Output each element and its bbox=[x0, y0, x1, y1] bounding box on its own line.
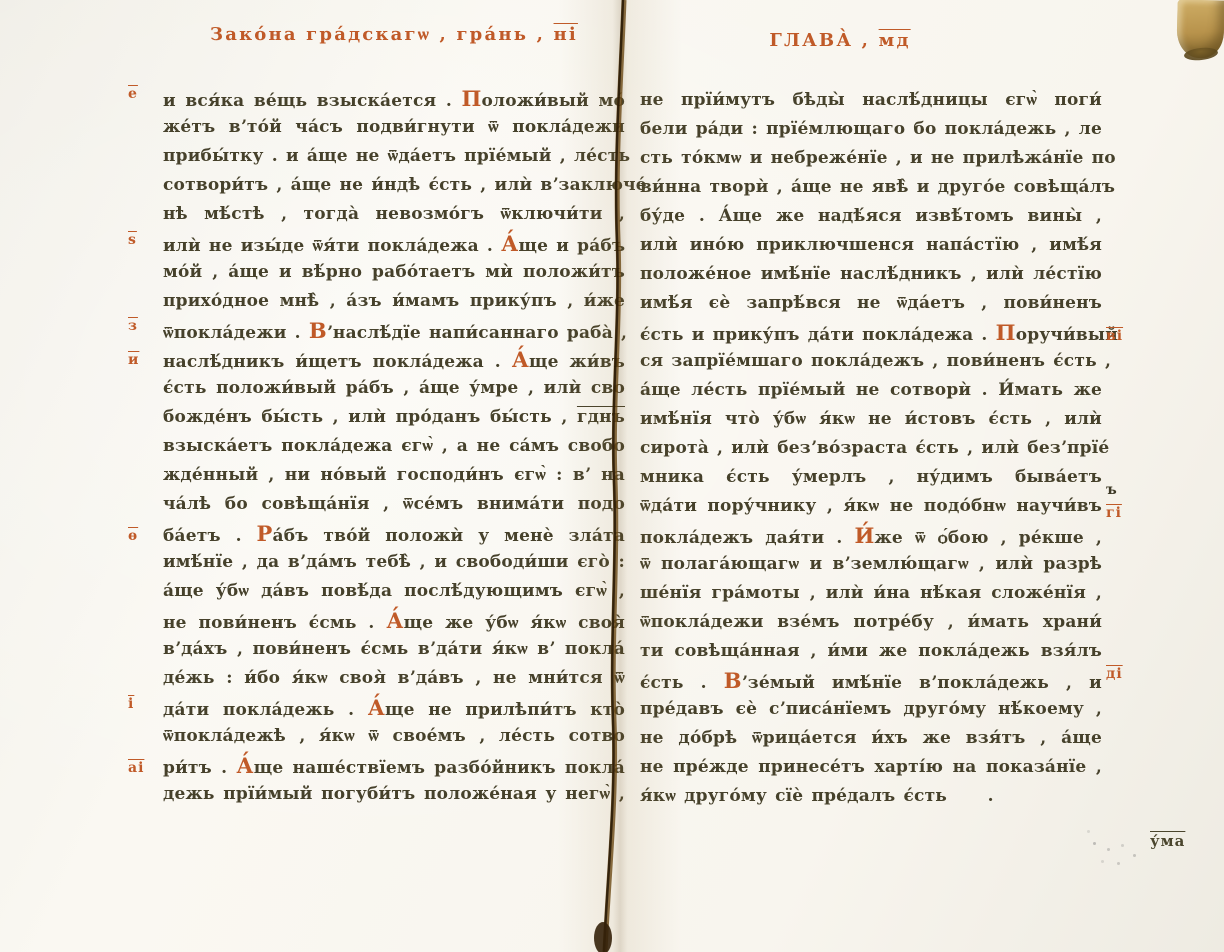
text-segment: бели ра́ди : прїе́млющаго бо покла́дежь … bbox=[640, 119, 1102, 139]
text-segment: дежь прїи́мый погуби́тъ положе́ная у нег… bbox=[163, 784, 625, 804]
margin-article-number: ѳ bbox=[128, 528, 138, 544]
margin-article-number: е bbox=[128, 86, 138, 102]
text-segment: мо́й , а́ще и вѣ́рно рабо́таетъ мѝ полож… bbox=[163, 262, 625, 282]
rubricated-initial: А́ bbox=[236, 753, 253, 778]
text-line: мо́й , а́ще и вѣ́рно рабо́таетъ мѝ полож… bbox=[163, 258, 625, 287]
text-segment: ше́нїя гра́моты , илѝ и́на нѣ́кая сложе́… bbox=[640, 583, 1102, 603]
running-title-left: Зако́на гра́дскагѡ , гра́нь , ні bbox=[165, 24, 623, 45]
text-line: божде́нъ бы́сть , илѝ про́данъ бы́сть , … bbox=[163, 403, 625, 432]
text-segment: ʼзе́мый имѣ́нїе вʼпокла́дежь , и bbox=[742, 673, 1102, 693]
text-line: мника є́сть у́мерлъ , ну́димъ быва́етъ bbox=[640, 463, 1102, 492]
text-segment: оручи́вый bbox=[1016, 325, 1118, 345]
text-line: дежь прїи́мый погуби́тъ положе́ная у нег… bbox=[163, 780, 625, 809]
text-line: а́ще ле́сть прїе́мый не сотворѝ . И́мать… bbox=[640, 376, 1102, 405]
text-segment: вʼда́хъ , пови́ненъ є́смь вʼда́ти я́кѡ в… bbox=[163, 639, 625, 659]
text-segment: ѿпокла́дежѣ , я́кѡ ѿ свое́мъ , ле́сть со… bbox=[163, 726, 625, 746]
margin-article-number: і bbox=[128, 696, 134, 712]
text-line: ѿ полага́ющагѡ и вʼземлю́щагѡ , илѝ разр… bbox=[640, 550, 1102, 579]
text-segment: ри́тъ . bbox=[163, 758, 236, 778]
text-segment: ѿ полага́ющагѡ и вʼземлю́щагѡ , илѝ разр… bbox=[640, 554, 1102, 574]
text-segment: а́ще у́бѡ да́въ повѣ́да послѣ́дующимъ єг… bbox=[163, 581, 625, 601]
text-segment: илѝ ино́ю приключшенся напа́стїю , имѣ́я bbox=[640, 235, 1102, 255]
text-line: є́сть положи́вый ра́бъ , а́ще у́мре , ил… bbox=[163, 374, 625, 403]
text-line: ти совѣща́нная , и́ми же покла́дежь взя́… bbox=[640, 637, 1102, 666]
text-segment: не прїи́мутъ бѣды̀ наслѣ́дницы єгѡ̀ поги… bbox=[640, 90, 1102, 110]
text-segment: прихо́дное мнѣ̀ , а́зъ и́мамъ прику́пъ ,… bbox=[163, 291, 625, 311]
text-line: прихо́дное мнѣ̀ , а́зъ и́мамъ прику́пъ ,… bbox=[163, 287, 625, 316]
text-line: ви́нна творѝ , а́ще не явѣ̀ и друго́е со… bbox=[640, 173, 1102, 202]
rubricated-initial: А́ bbox=[501, 231, 518, 256]
text-segment: и вся́ка ве́щь взыска́ется . bbox=[163, 91, 461, 111]
margin-article-number: гі bbox=[1106, 505, 1122, 521]
ink-mark: ъ bbox=[1106, 482, 1118, 498]
text-line: ѿпокла́дежи взе́мъ потре́бу , и́мать хра… bbox=[640, 608, 1102, 637]
text-segment: є́сть положи́вый ра́бъ , а́ще у́мре , ил… bbox=[163, 378, 625, 398]
text-segment: имѣ́нїя что̀ у́бѡ я́кѡ не и́стовъ є́сть … bbox=[640, 409, 1102, 429]
text-line: сотвори́тъ , а́ще не и́ндѣ є́сть , илѝ в… bbox=[163, 171, 625, 200]
text-line: ча́лѣ бо совѣща́нїя , ѿсе́мъ внима́ти по… bbox=[163, 490, 625, 519]
running-title-right-text: ГЛАВА̀ , bbox=[769, 30, 878, 51]
binding-gutter bbox=[585, 0, 655, 952]
text-segment: пре́давъ єѐ сʼписа́нїемъ друго́му нѣ́кое… bbox=[640, 699, 1102, 719]
margin-article-number: и bbox=[128, 352, 139, 368]
text-line: не прїи́мутъ бѣды̀ наслѣ́дницы єгѡ̀ поги… bbox=[640, 86, 1102, 115]
running-title-right-number: мд bbox=[879, 30, 911, 51]
text-line: бу́де . А́ще же надѣ́яся извѣ́томъ вины̀… bbox=[640, 202, 1102, 231]
text-segment: имѣ́нїе , да вʼда́мъ тебѣ̀ , и свободи́ш… bbox=[163, 552, 625, 572]
text-segment: ча́лѣ бо совѣща́нїя , ѿсе́мъ внима́ти по… bbox=[163, 494, 625, 514]
text-segment: ся запрїе́мшаго покла́дежъ , пови́ненъ є… bbox=[640, 351, 1111, 371]
rubricated-initial: П bbox=[996, 320, 1016, 345]
margin-article-number: з bbox=[128, 318, 138, 334]
text-segment: є́сть и прику́пъ да́ти покла́дежа . bbox=[640, 325, 996, 345]
text-line: имѣ́нїе , да вʼда́мъ тебѣ̀ , и свободи́ш… bbox=[163, 548, 625, 577]
rubricated-initial: Р bbox=[257, 521, 273, 546]
rubricated-initial: В bbox=[724, 668, 742, 693]
rubricated-initial: В bbox=[309, 318, 327, 343]
right-text-column: не прїи́мутъ бѣды̀ наслѣ́дницы єгѡ̀ поги… bbox=[640, 86, 1102, 811]
text-line: и вся́ка ве́щь взыска́ется . Положи́вый … bbox=[163, 84, 625, 113]
text-line: я́кѡ друго́му сїѐ пре́далъ є́сть . bbox=[640, 782, 1102, 811]
text-line: ри́тъ . А́ще наше́ствїемъ разбо́йникъ по… bbox=[163, 751, 625, 780]
text-segment: ѿпокла́дежи . bbox=[163, 323, 309, 343]
left-text-column: и вся́ка ве́щь взыска́ется . Положи́вый … bbox=[163, 84, 625, 809]
rubricated-initial: А́ bbox=[512, 347, 529, 372]
rubricated-initial: А́ bbox=[386, 608, 403, 633]
text-segment: бу́де . А́ще же надѣ́яся извѣ́томъ вины̀… bbox=[640, 206, 1102, 226]
text-line: бели ра́ди : прїе́млющаго бо покла́дежь … bbox=[640, 115, 1102, 144]
text-line: ся запрїе́мшаго покла́дежъ , пови́ненъ є… bbox=[640, 347, 1102, 376]
text-segment: ѿпокла́дежи взе́мъ потре́бу , и́мать хра… bbox=[640, 612, 1102, 632]
running-title-left-text: Зако́на гра́дскагѡ , гра́нь , bbox=[210, 24, 554, 45]
text-line: ѿпокла́дежи . Вʼнаслѣ́дїе напи́саннаго р… bbox=[163, 316, 625, 345]
text-line: наслѣ́дникъ и́щетъ покла́дежа . А́ще жи́… bbox=[163, 345, 625, 374]
margin-article-number: аі bbox=[128, 760, 144, 776]
text-line: имѣ́нїя что̀ у́бѡ я́кѡ не и́стовъ є́сть … bbox=[640, 405, 1102, 434]
text-line: жде́нный , ни но́вый господи́нъ єгѡ̀ : в… bbox=[163, 461, 625, 490]
text-line: а́ще у́бѡ да́въ повѣ́да послѣ́дующимъ єг… bbox=[163, 577, 625, 606]
text-segment: нѣ мѣ́стѣ , тогда̀ невозмо́гъ ѿключи́ти … bbox=[163, 204, 625, 224]
text-segment: не пре́жде принесе́тъ харті́ю на показа́… bbox=[640, 757, 1102, 777]
text-line: сть то́кмѡ и небреже́нїе , и не прилѣжа́… bbox=[640, 144, 1102, 173]
margin-article-number: ді bbox=[1106, 666, 1123, 682]
text-line: нѣ мѣ́стѣ , тогда̀ невозмо́гъ ѿключи́ти … bbox=[163, 200, 625, 229]
running-title-right: ГЛАВА̀ , мд bbox=[700, 30, 980, 51]
text-segment: я́кѡ друго́му сїѐ пре́далъ є́сть . bbox=[640, 786, 994, 806]
text-line: прибы́тку . и а́ще не ѿда́етъ прїе́мый ,… bbox=[163, 142, 625, 171]
text-line: сирота̀ , илѝ безʼво́зраста є́сть , илѝ … bbox=[640, 434, 1102, 463]
text-line: ѿпокла́дежѣ , я́кѡ ѿ свое́мъ , ле́сть со… bbox=[163, 722, 625, 751]
text-line: не до́брѣ ѿрица́ется и́хъ же взя́тъ , а́… bbox=[640, 724, 1102, 753]
margin-article-number: ѕ bbox=[128, 232, 137, 248]
rubricated-initial: А́ bbox=[368, 695, 385, 720]
text-segment: жде́нный , ни но́вый господи́нъ єгѡ̀ : в… bbox=[163, 465, 625, 485]
text-segment: илѝ не изы́де ѿя́ти покла́дежа . bbox=[163, 236, 501, 256]
text-line: илѝ не изы́де ѿя́ти покла́дежа . А́ще и … bbox=[163, 229, 625, 258]
text-line: є́сть . Вʼзе́мый имѣ́нїе вʼпокла́дежь , … bbox=[640, 666, 1102, 695]
text-line: илѝ ино́ю приключшенся напа́стїю , имѣ́я bbox=[640, 231, 1102, 260]
text-line: є́сть и прику́пъ да́ти покла́дежа . Пору… bbox=[640, 318, 1102, 347]
text-segment: мника є́сть у́мерлъ , ну́димъ быва́етъ bbox=[640, 467, 1102, 487]
text-segment: ти совѣща́нная , и́ми же покла́дежь взя́… bbox=[640, 641, 1102, 661]
text-segment: а́ще ле́сть прїе́мый не сотворѝ . И́мать… bbox=[640, 380, 1102, 400]
text-line: покла́дежъ дая́ти . И́же ѿ ѻ́бою , ре́кш… bbox=[640, 521, 1102, 550]
text-segment: сть то́кмѡ и небреже́нїе , и не прилѣжа́… bbox=[640, 148, 1116, 168]
text-segment: не пови́ненъ є́смь . bbox=[163, 613, 386, 633]
text-segment: да́ти покла́дежь . bbox=[163, 700, 368, 720]
text-line: вʼда́хъ , пови́ненъ є́смь вʼда́ти я́кѡ в… bbox=[163, 635, 625, 664]
text-line: пре́давъ єѐ сʼписа́нїемъ друго́му нѣ́кое… bbox=[640, 695, 1102, 724]
margin-article-number: ві bbox=[1106, 328, 1123, 344]
rubricated-initial: П bbox=[461, 86, 481, 111]
text-line: же́тъ вʼто́й ча́съ подви́гнути ѿ покла́д… bbox=[163, 113, 625, 142]
text-segment: наслѣ́дникъ и́щетъ покла́дежа . bbox=[163, 352, 512, 372]
rubricated-initial: И́ bbox=[855, 523, 875, 548]
text-line: положе́ное имѣ́нїе наслѣ́дникъ , илѝ ле́… bbox=[640, 260, 1102, 289]
text-line: ба́етъ . Ра́бъ тво́й положѝ у менѐ зла́т… bbox=[163, 519, 625, 548]
text-line: не пови́ненъ є́смь . А́ще же у́бѡ я́кѡ с… bbox=[163, 606, 625, 635]
text-line: ше́нїя гра́моты , илѝ и́на нѣ́кая сложе́… bbox=[640, 579, 1102, 608]
text-segment: божде́нъ бы́сть , илѝ про́данъ бы́сть , bbox=[163, 407, 577, 427]
text-line: ѿда́ти пору́чнику , я́кѡ не подо́бнѡ нау… bbox=[640, 492, 1102, 521]
text-line: не пре́жде принесе́тъ харті́ю на показа́… bbox=[640, 753, 1102, 782]
book-scan: Зако́на гра́дскагѡ , гра́нь , ні ГЛАВА̀ … bbox=[0, 0, 1224, 952]
text-segment: имѣ́я єѐ запрѣ́вся не ѿда́етъ , пови́нен… bbox=[640, 293, 1102, 313]
pencil-marks bbox=[1093, 842, 1096, 845]
catchword: у́ма bbox=[1150, 832, 1185, 850]
text-line: да́ти покла́дежь . А́ще не прилѣпи́тъ кт… bbox=[163, 693, 625, 722]
text-segment: же́тъ вʼто́й ча́съ подви́гнути ѿ покла́д… bbox=[163, 117, 625, 137]
text-segment: ви́нна творѝ , а́ще не явѣ̀ и друго́е со… bbox=[640, 177, 1115, 197]
text-segment: не до́брѣ ѿрица́ется и́хъ же взя́тъ , а́… bbox=[640, 728, 1102, 748]
text-line: де́жь : и́бо я́кѡ своя̀ вʼда́въ , не мни… bbox=[163, 664, 625, 693]
text-segment: же ѿ ѻ́бою , ре́кше , bbox=[875, 528, 1102, 548]
text-segment: ба́етъ . bbox=[163, 526, 257, 546]
text-segment: де́жь : и́бо я́кѡ своя̀ вʼда́въ , не мни… bbox=[163, 668, 625, 688]
text-segment: взыска́етъ покла́дежа єгѡ̀ , а не са́мъ … bbox=[163, 436, 625, 456]
text-line: имѣ́я єѐ запрѣ́вся не ѿда́етъ , пови́нен… bbox=[640, 289, 1102, 318]
text-segment: положе́ное имѣ́нїе наслѣ́дникъ , илѝ ле́… bbox=[640, 264, 1102, 284]
text-segment: сирота̀ , илѝ безʼво́зраста є́сть , илѝ … bbox=[640, 438, 1109, 458]
text-line: взыска́етъ покла́дежа єгѡ̀ , а не са́мъ … bbox=[163, 432, 625, 461]
text-segment: ѿда́ти пору́чнику , я́кѡ не подо́бнѡ нау… bbox=[640, 496, 1102, 516]
